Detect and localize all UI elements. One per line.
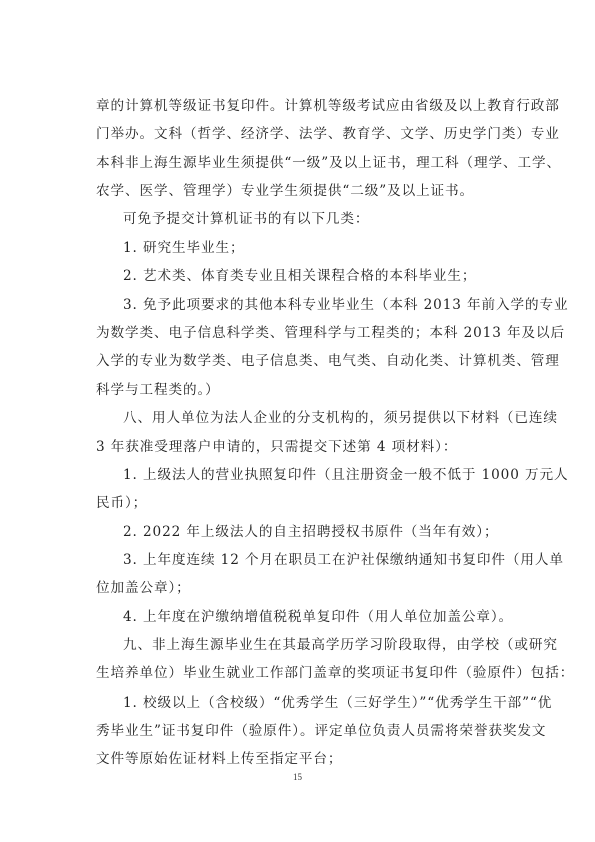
text-line: 章的计算机等级证书复印件。计算机等级考试应由省级及以上教育行政部 [96,96,506,116]
text-line: 2. 2022 年上级法人的自主招聘授权书原件（当年有效）； [123,522,506,542]
text-line: 九、非上海生源毕业生在其最高学历学习阶段取得，由学校（或研究 [123,635,506,655]
text-line: 1. 研究生毕业生； [123,238,506,258]
text-line: 3. 上年度连续 12 个月在职员工在沪社保缴纳通知书复印件（用人单 [123,550,506,570]
text-line: 4. 上年度在沪缴纳增值税税单复印件（用人单位加盖公章）。 [123,607,506,627]
text-line: 位加盖公章）； [96,578,506,598]
text-line: 为数学类、电子信息科学类、管理科学与工程类的；本科 2013 年及以后 [96,323,506,343]
text-line: 入学的专业为数学类、电子信息类、电气类、自动化类、计算机类、管理 [96,351,506,371]
text-line: 民币）； [96,493,506,513]
text-line: 1. 上级法人的营业执照复印件（且注册资金一般不低于 1000 万元人 [123,465,506,485]
text-line: 门举办。文科（哲学、经济学、法学、教育学、文学、历史学门类）专业 [96,124,506,144]
text-line: 生培养单位）毕业生就业工作部门盖章的奖项证书复印件（验原件）包括： [96,663,506,683]
text-line: 3. 免予此项要求的其他本科专业毕业生（本科 2013 年前入学的专业 [123,295,506,315]
text-line: 秀毕业生”证书复印件（验原件）。评定单位负责人员需将荣誉获奖发文 [96,721,506,741]
text-line: 3 年获准受理落户申请的，只需提交下述第 4 项材料）： [96,437,506,457]
document-page: 章的计算机等级证书复印件。计算机等级考试应由省级及以上教育行政部门举办。文科（哲… [0,0,595,842]
text-line: 1. 校级以上（含校级）“优秀学生（三好学生）”“优秀学生干部”“优 [123,693,506,713]
text-line: 农学、医学、管理学）专业学生须提供“二级”及以上证书。 [96,181,506,201]
text-line: 科学与工程类的。） [96,380,506,400]
text-line: 本科非上海生源毕业生须提供“一级”及以上证书，理工科（理学、工学、 [96,153,506,173]
page-number: 15 [0,771,595,783]
text-line: 2. 艺术类、体育类专业且相关课程合格的本科毕业生； [123,266,506,286]
text-line: 八、用人单位为法人企业的分支机构的，须另提供以下材料（已连续 [123,408,506,428]
text-line: 文件等原始佐证材料上传至指定平台； [96,749,506,769]
text-line: 可免予提交计算机证书的有以下几类： [123,209,506,229]
